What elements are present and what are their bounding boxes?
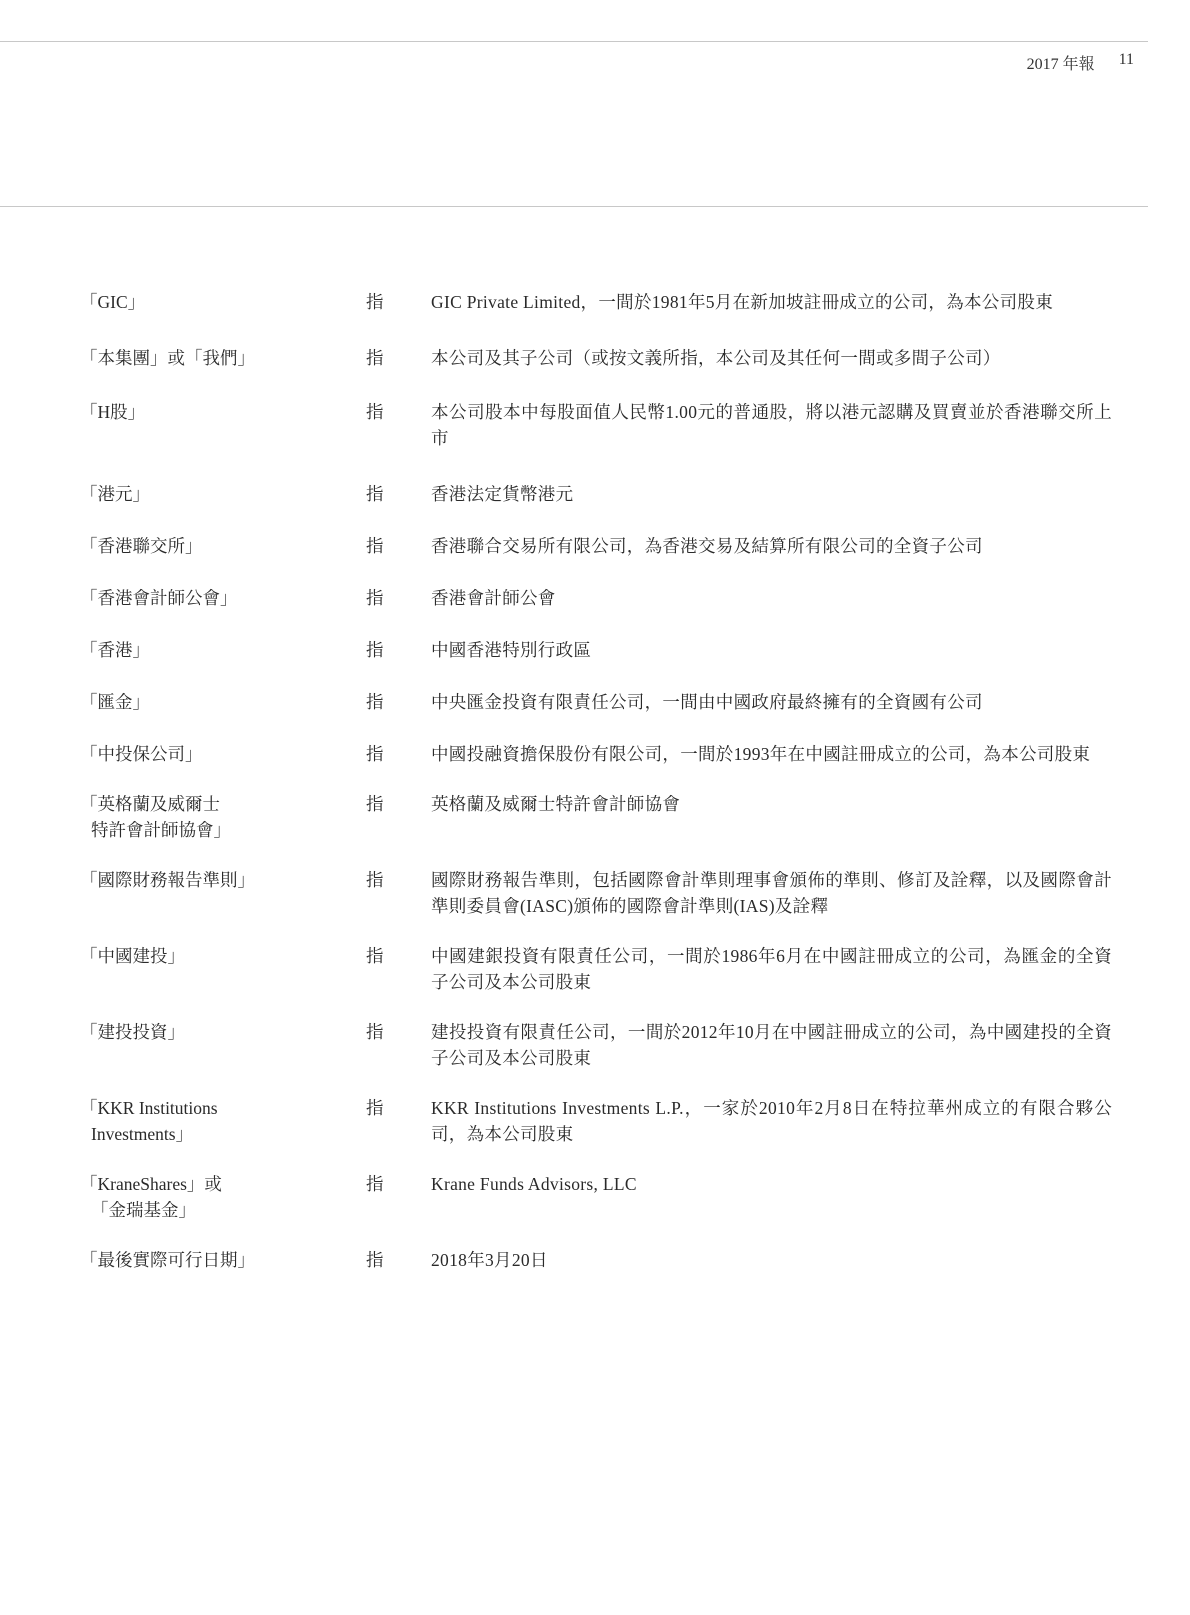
definition-row: 「英格蘭及威爾士特許會計師協會」 指 英格蘭及威爾士特許會計師協會 xyxy=(80,791,1112,843)
report-label: 2017 年報 xyxy=(1027,51,1095,74)
definition-means: 指 xyxy=(366,1019,431,1045)
definition-term: 「香港聯交所」 xyxy=(80,533,366,559)
definition-means: 指 xyxy=(366,481,431,507)
definition-means: 指 xyxy=(366,289,431,315)
definition-means: 指 xyxy=(366,791,431,817)
definition-means: 指 xyxy=(366,741,431,767)
definition-row: 「本集團」或「我們」 指 本公司及其子公司（或按文義所指，本公司及其任何一間或多… xyxy=(80,345,1112,371)
definition-term: 「匯金」 xyxy=(80,689,366,715)
definition-term: 「國際財務報告準則」 xyxy=(80,867,366,893)
definition-meaning: Krane Funds Advisors, LLC xyxy=(431,1171,1112,1197)
definition-meaning: KKR Institutions Investments L.P.，一家於201… xyxy=(431,1095,1112,1147)
definition-means: 指 xyxy=(366,1095,431,1121)
definition-row: 「港元」 指 香港法定貨幣港元 xyxy=(80,481,1112,507)
definition-row: 「匯金」 指 中央匯金投資有限責任公司，一間由中國政府最終擁有的全資國有公司 xyxy=(80,689,1112,715)
definition-means: 指 xyxy=(366,399,431,425)
definition-meaning: GIC Private Limited，一間於1981年5月在新加坡註冊成立的公… xyxy=(431,289,1112,315)
definition-means: 指 xyxy=(366,689,431,715)
definition-meaning: 中央匯金投資有限責任公司，一間由中國政府最終擁有的全資國有公司 xyxy=(431,689,1112,715)
definition-meaning: 英格蘭及威爾士特許會計師協會 xyxy=(431,791,1112,817)
definition-term: 「香港」 xyxy=(80,637,366,663)
definition-row: 「GIC」 指 GIC Private Limited，一間於1981年5月在新… xyxy=(80,289,1112,315)
definition-term: 「H股」 xyxy=(80,399,366,425)
definition-row: 「中投保公司」 指 中國投融資擔保股份有限公司，一間於1993年在中國註冊成立的… xyxy=(80,741,1112,767)
definition-term: 「本集團」或「我們」 xyxy=(80,345,366,371)
definition-row: 「香港」 指 中國香港特別行政區 xyxy=(80,637,1112,663)
definition-term: 「中國建投」 xyxy=(80,943,366,969)
definition-row: 「國際財務報告準則」 指 國際財務報告準則，包括國際會計準則理事會頒佈的準則、修… xyxy=(80,867,1112,919)
definition-meaning: 國際財務報告準則，包括國際會計準則理事會頒佈的準則、修訂及詮釋，以及國際會計準則… xyxy=(431,867,1112,919)
definition-term: 「英格蘭及威爾士特許會計師協會」 xyxy=(80,791,366,843)
definition-meaning: 2018年3月20日 xyxy=(431,1247,1112,1273)
definition-term: 「建投投資」 xyxy=(80,1019,366,1045)
definition-meaning: 中國建銀投資有限責任公司，一間於1986年6月在中國註冊成立的公司，為匯金的全資… xyxy=(431,943,1112,995)
definition-meaning: 本公司股本中每股面值人民幣1.00元的普通股，將以港元認購及買賣並於香港聯交所上… xyxy=(431,399,1112,451)
section-rule xyxy=(0,206,1148,207)
definition-term: 「GIC」 xyxy=(80,289,366,315)
definition-row: 「KKR InstitutionsInvestments」 指 KKR Inst… xyxy=(80,1095,1112,1147)
definition-meaning: 中國投融資擔保股份有限公司，一間於1993年在中國註冊成立的公司，為本公司股東 xyxy=(431,741,1112,767)
running-header: 2017 年報 11 xyxy=(1027,51,1134,74)
definition-row: 「KraneShares」或「金瑞基金」 指 Krane Funds Advis… xyxy=(80,1171,1112,1223)
definition-term: 「香港會計師公會」 xyxy=(80,585,366,611)
definition-means: 指 xyxy=(366,1247,431,1273)
definition-means: 指 xyxy=(366,533,431,559)
definition-meaning: 中國香港特別行政區 xyxy=(431,637,1112,663)
definition-means: 指 xyxy=(366,1171,431,1197)
definition-term: 「最後實際可行日期」 xyxy=(80,1247,366,1273)
definition-row: 「H股」 指 本公司股本中每股面值人民幣1.00元的普通股，將以港元認購及買賣並… xyxy=(80,399,1112,451)
definition-row: 「香港聯交所」 指 香港聯合交易所有限公司，為香港交易及結算所有限公司的全資子公… xyxy=(80,533,1112,559)
definition-row: 「中國建投」 指 中國建銀投資有限責任公司，一間於1986年6月在中國註冊成立的… xyxy=(80,943,1112,995)
definition-term: 「中投保公司」 xyxy=(80,741,366,767)
definitions-list: 「GIC」 指 GIC Private Limited，一間於1981年5月在新… xyxy=(80,289,1112,1273)
definition-means: 指 xyxy=(366,585,431,611)
definition-means: 指 xyxy=(366,637,431,663)
definition-meaning: 香港法定貨幣港元 xyxy=(431,481,1112,507)
definition-term: 「港元」 xyxy=(80,481,366,507)
definition-meaning: 本公司及其子公司（或按文義所指，本公司及其任何一間或多間子公司） xyxy=(431,345,1112,371)
definition-meaning: 建投投資有限責任公司，一間於2012年10月在中國註冊成立的公司，為中國建投的全… xyxy=(431,1019,1112,1071)
definition-means: 指 xyxy=(366,345,431,371)
page-number: 11 xyxy=(1119,51,1134,74)
definition-term: 「KKR InstitutionsInvestments」 xyxy=(80,1095,366,1147)
definition-meaning: 香港聯合交易所有限公司，為香港交易及結算所有限公司的全資子公司 xyxy=(431,533,1112,559)
definition-row: 「最後實際可行日期」 指 2018年3月20日 xyxy=(80,1247,1112,1273)
definition-row: 「建投投資」 指 建投投資有限責任公司，一間於2012年10月在中國註冊成立的公… xyxy=(80,1019,1112,1071)
definition-term: 「KraneShares」或「金瑞基金」 xyxy=(80,1171,366,1223)
header-rule-top xyxy=(0,41,1148,42)
definition-means: 指 xyxy=(366,943,431,969)
definition-row: 「香港會計師公會」 指 香港會計師公會 xyxy=(80,585,1112,611)
definition-means: 指 xyxy=(366,867,431,893)
definition-meaning: 香港會計師公會 xyxy=(431,585,1112,611)
